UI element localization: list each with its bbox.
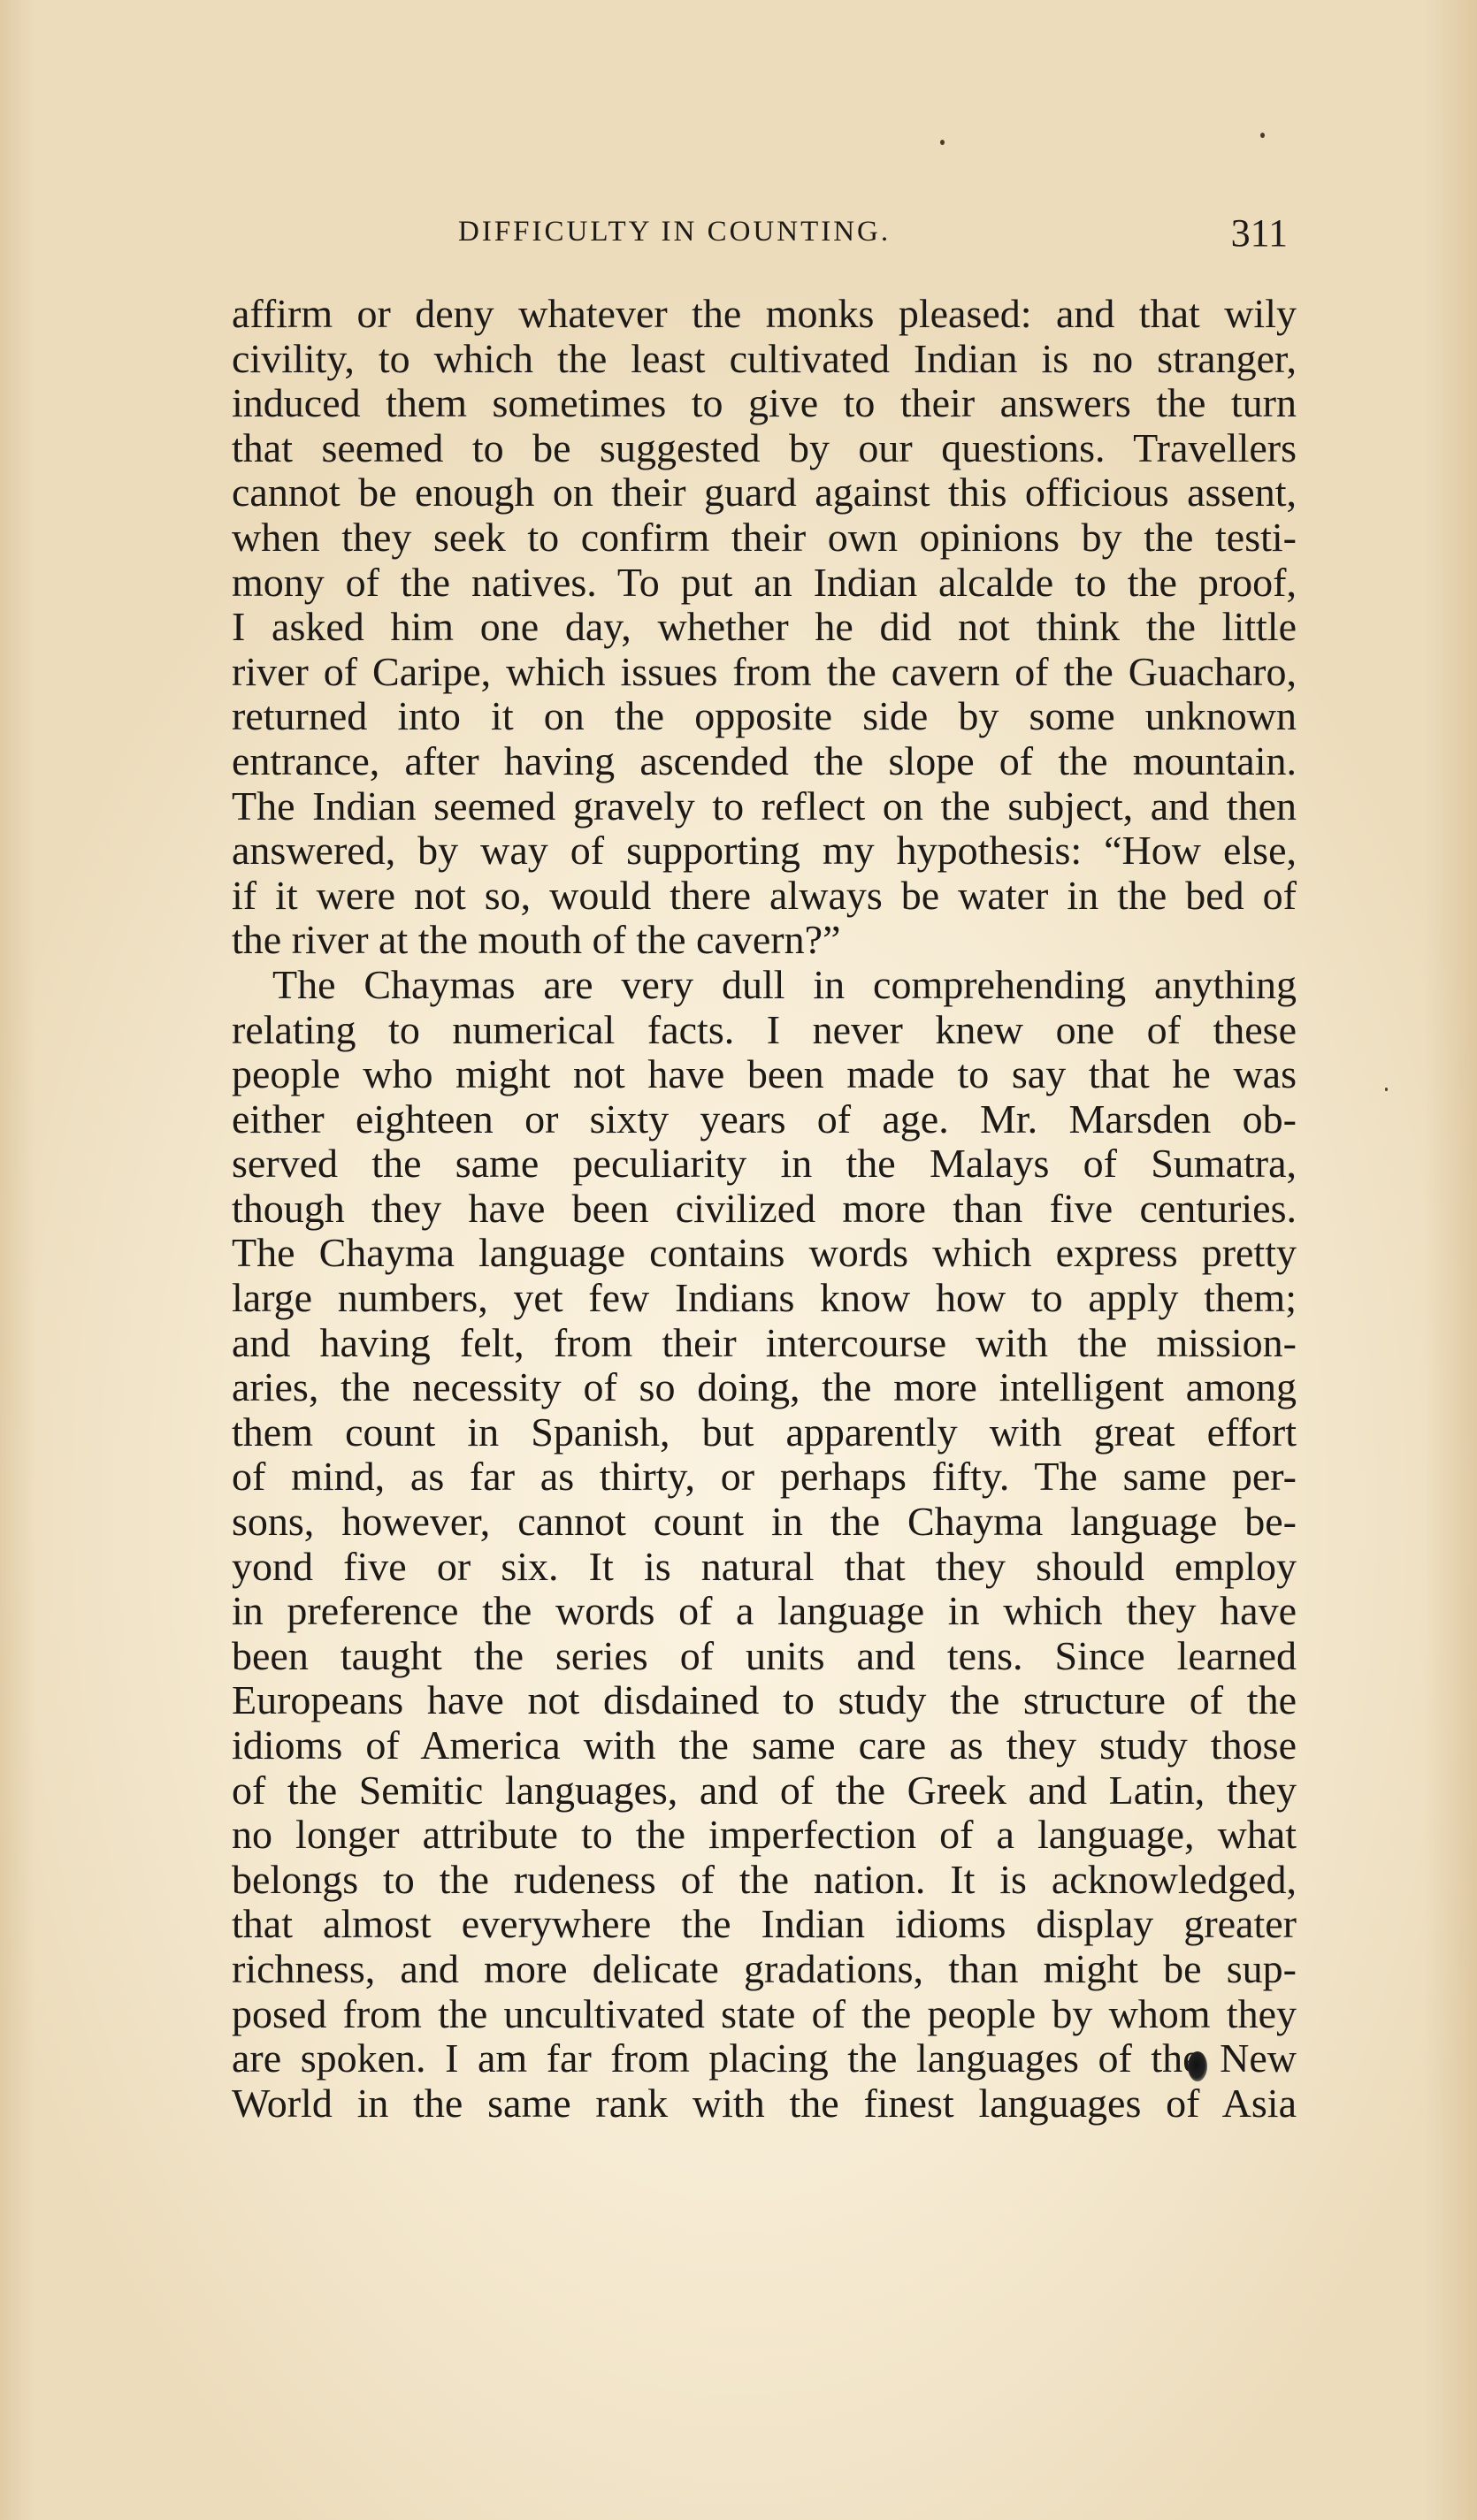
running-title: DIFFICULTY IN COUNTING. [458, 216, 891, 248]
text-line: relating to numerical facts. I never kne… [232, 1008, 1297, 1053]
text-line: returned into it on the opposite side by… [232, 694, 1297, 739]
running-head: DIFFICULTY IN COUNTING. 311 [232, 210, 1293, 263]
text-line: idioms of America with the same care as … [232, 1723, 1297, 1768]
page-number: 311 [1231, 210, 1288, 256]
text-line: either eighteen or sixty years of age. M… [232, 1097, 1297, 1142]
ink-blot [1188, 2051, 1207, 2081]
text-line: in preference the words of a language in… [232, 1589, 1297, 1634]
text-line: entrance, after having ascended the slop… [232, 739, 1297, 784]
text-line: been taught the series of units and tens… [232, 1634, 1297, 1679]
text-line: posed from the uncultivated state of the… [232, 1992, 1297, 2037]
paragraph: affirm or deny whatever the monks please… [232, 292, 1297, 963]
text-line: civility, to which the least cultivated … [232, 337, 1297, 382]
text-line: the river at the mouth of the cavern?” [232, 918, 1297, 963]
paper-speck [1385, 1088, 1388, 1091]
text-line: Europeans have not disdained to study th… [232, 1678, 1297, 1723]
text-line: sons, however, cannot count in the Chaym… [232, 1500, 1297, 1545]
paper-speck [940, 140, 945, 145]
text-line: yond five or six. It is natural that the… [232, 1545, 1297, 1590]
text-line: mony of the natives. To put an Indian al… [232, 561, 1297, 606]
text-line: that seemed to be suggested by our quest… [232, 426, 1297, 471]
text-line: aries, the necessity of so doing, the mo… [232, 1365, 1297, 1410]
text-line: if it were not so, would there always be… [232, 874, 1297, 919]
text-line: and having felt, from their intercourse … [232, 1321, 1297, 1366]
text-line: The Chaymas are very dull in comprehendi… [232, 963, 1297, 1008]
text-line: though they have been civilized more tha… [232, 1187, 1297, 1232]
text-line: The Indian seemed gravely to reflect on … [232, 784, 1297, 829]
body-text: affirm or deny whatever the monks please… [232, 292, 1297, 2126]
paper-speck [1260, 133, 1265, 138]
text-line: of mind, as far as thirty, or perhaps fi… [232, 1455, 1297, 1500]
text-line: are spoken. I am far from placing the la… [232, 2036, 1297, 2081]
text-line: river of Caripe, which issues from the c… [232, 650, 1297, 695]
text-line: richness, and more delicate gradations, … [232, 1947, 1297, 1992]
text-line: The Chayma language contains words which… [232, 1231, 1297, 1276]
text-line: people who might not have been made to s… [232, 1052, 1297, 1097]
text-line: induced them sometimes to give to their … [232, 381, 1297, 426]
text-line: that almost everywhere the Indian idioms… [232, 1902, 1297, 1947]
text-line: World in the same rank with the finest l… [232, 2081, 1297, 2127]
text-line: answered, by way of supporting my hypoth… [232, 829, 1297, 874]
text-line: belongs to the rudeness of the nation. I… [232, 1858, 1297, 1903]
text-line: affirm or deny whatever the monks please… [232, 292, 1297, 337]
text-line: I asked him one day, whether he did not … [232, 605, 1297, 650]
paragraph: The Chaymas are very dull in comprehendi… [232, 963, 1297, 2126]
text-line: no longer attribute to the imperfection … [232, 1813, 1297, 1858]
text-line: cannot be enough on their guard against … [232, 470, 1297, 515]
text-line: them count in Spanish, but apparently wi… [232, 1410, 1297, 1455]
text-line: large numbers, yet few Indians know how … [232, 1276, 1297, 1321]
text-line: served the same peculiarity in the Malay… [232, 1142, 1297, 1187]
text-line: of the Semitic languages, and of the Gre… [232, 1768, 1297, 1814]
text-line: when they seek to confirm their own opin… [232, 515, 1297, 561]
book-page: DIFFICULTY IN COUNTING. 311 affirm or de… [0, 0, 1477, 2520]
